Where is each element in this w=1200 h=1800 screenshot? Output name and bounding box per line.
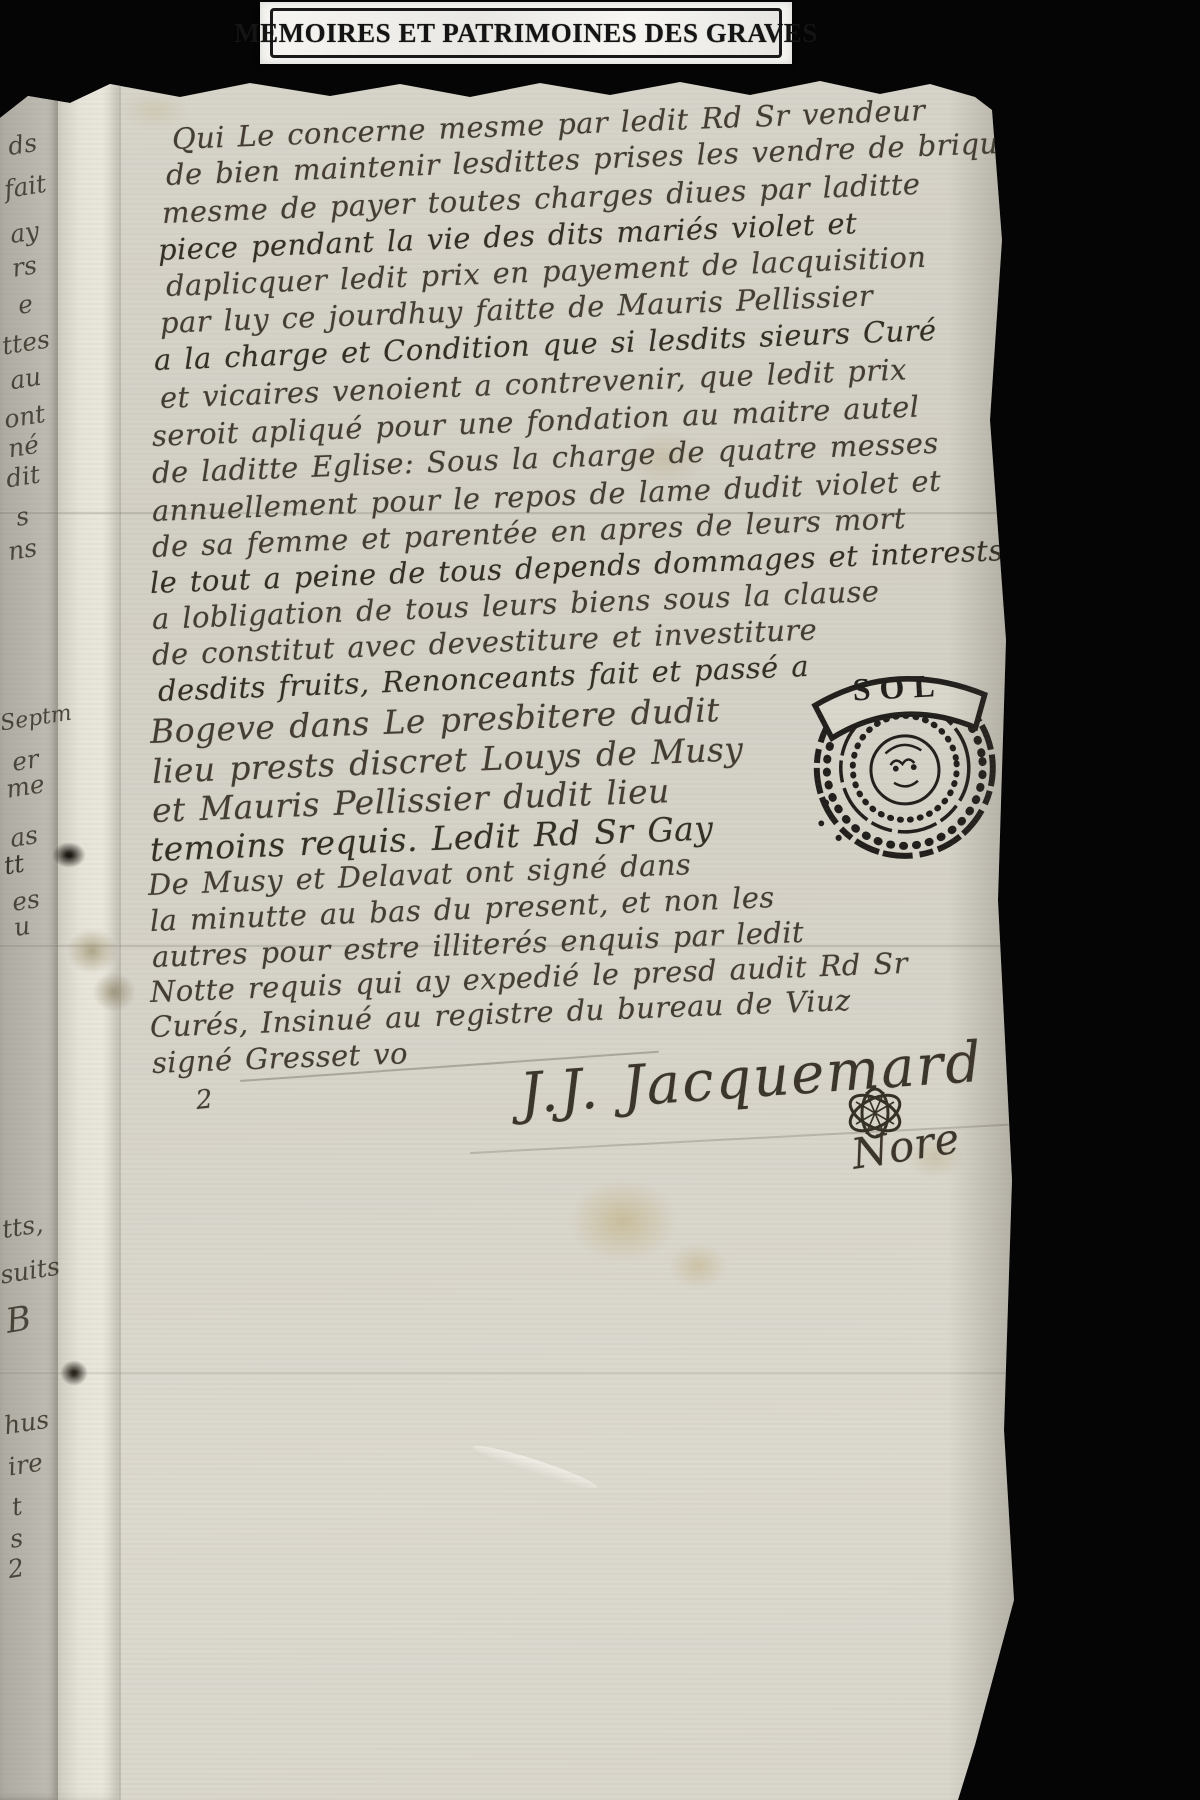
manuscript-line: par luy ce jourdhuy faitte de Mauris Pel… — [159, 279, 873, 340]
left-page-fragment: u — [12, 911, 32, 942]
fold-crease — [0, 511, 1030, 515]
marginal-mark: 2 — [194, 1084, 214, 1116]
manuscript-line: Bogeve dans Le presbitere dudit — [149, 690, 720, 751]
left-page-fragment: ttes — [0, 324, 52, 360]
left-page-fragment: B — [3, 1298, 34, 1341]
left-page-fragment: Septm — [0, 701, 73, 737]
manuscript-line: autres pour estre illiterés enquis par l… — [151, 915, 804, 974]
left-page-fragment: e — [16, 289, 35, 320]
left-page-fragment: me — [4, 769, 47, 804]
manuscript-line: Notte requis qui ay expedié le presd aud… — [149, 946, 908, 1009]
left-page-fragment: dit — [4, 460, 42, 494]
left-page-fragment: s — [14, 501, 31, 532]
left-page-fragment: suits — [0, 1252, 62, 1290]
left-page-fragment: ay — [8, 216, 41, 249]
manuscript-line: De Musy et Delavat ont signé dans — [147, 847, 691, 902]
stain — [568, 1178, 678, 1264]
manuscript-line: de laditte Eglise: Sous la charge de qua… — [151, 426, 939, 490]
manuscript-line: Qui Le concerne mesme par ledit Rd Sr ve… — [171, 93, 926, 156]
left-page-fragment: fait — [2, 169, 48, 204]
left-page-fragment: né — [6, 430, 41, 463]
fold-crease — [0, 944, 1030, 948]
manuscript-line: a lobligation de tous leurs biens sous l… — [151, 574, 880, 636]
manuscript-line: signé Gresset vo — [151, 1036, 408, 1080]
sol-fiscal-seal-icon: SOL — [783, 637, 1024, 881]
notary-knot-icon — [838, 1080, 912, 1146]
left-page-fragment: es — [10, 884, 42, 917]
manuscript-line: et Mauris Pellissier dudit lieu — [151, 771, 670, 830]
pencil-stroke — [240, 1051, 659, 1082]
left-page-fragment: ns — [6, 533, 39, 566]
manuscript-line: Curés, Insinué au registre du bureau de … — [149, 983, 851, 1044]
left-page-fragment: tts, — [0, 1209, 45, 1244]
archive-label-text: MEMOIRES ET PATRIMOINES DES GRAVES — [234, 18, 818, 49]
manuscript-line: lieu prests discret Louys de Musy — [151, 729, 744, 791]
stain — [620, 430, 710, 486]
manuscript-line: de constitut avec devestiture et investi… — [151, 612, 817, 672]
manuscript-line: le tout a peine de tous depends dommages… — [149, 533, 1004, 600]
manuscript-line: et vicaires venoient a contrevenir, que … — [159, 352, 907, 415]
left-page-fragment: ire — [6, 1447, 45, 1481]
left-page-fragment: t — [10, 1491, 24, 1521]
notary-signature: J.J. Jacquemard — [518, 1030, 985, 1127]
manuscript-line: mesme de payer toutes charges diues par … — [161, 167, 921, 230]
manuscript-line: daplicquer ledit prix en payement de lac… — [165, 240, 927, 303]
manuscript-line: la minutte au bas du present, et non les — [149, 880, 775, 938]
stain — [66, 928, 118, 974]
stain — [905, 1135, 965, 1179]
page-edge-shadow — [0, 0, 1030, 1800]
fold-cross-mark — [60, 1360, 88, 1386]
manuscript-line: a la charge et Condition que si lesdits … — [153, 313, 937, 377]
archive-label-frame: MEMOIRES ET PATRIMOINES DES GRAVES — [270, 8, 782, 58]
manuscript-line: annuellement pour le repos de lame dudit… — [151, 464, 941, 528]
fold-crease — [0, 1371, 1030, 1375]
left-page-fragment: er — [10, 744, 41, 777]
photograph-background: ds fait ay rs e ttes au ont né dit s ns … — [0, 0, 1200, 1800]
facing-page-edge — [0, 70, 58, 1800]
manuscript-line: de sa femme et parentée en apres de leur… — [151, 501, 906, 564]
left-page-fragment: ont — [2, 399, 47, 434]
manuscript-line: temoins requis. Ledit Rd Sr Gay — [149, 808, 714, 869]
stain — [668, 1242, 728, 1290]
page-gutter-fold — [58, 70, 120, 1800]
left-page-fragment: as — [8, 820, 40, 853]
manuscript-line: seroit apliqué pour une fondation au mai… — [151, 390, 920, 453]
manuscript-line: de bien maintenir lesdittes prises les v… — [165, 124, 1044, 192]
notary-title: Nore — [848, 1113, 963, 1178]
archive-label-plaque: MEMOIRES ET PATRIMOINES DES GRAVES — [260, 2, 792, 64]
left-page-fragment: s — [8, 1523, 25, 1554]
left-page-fragment: hus — [2, 1405, 51, 1441]
left-page-fragment: rs — [10, 250, 39, 283]
left-page-fragment: ds — [6, 128, 39, 161]
paper-fiber-scratch — [471, 1440, 599, 1493]
manuscript-line: piece pendant la vie des dits mariés vio… — [157, 206, 857, 267]
manuscript-line: desdits fruits, Renonceants fait et pass… — [157, 649, 809, 708]
left-page-fragment: 2 — [6, 1553, 26, 1584]
stamp-banner-text: SOL — [852, 667, 945, 708]
stain — [120, 90, 190, 130]
stain — [92, 972, 136, 1012]
fold-crease — [118, 70, 121, 1800]
pencil-stroke — [470, 1124, 1009, 1154]
ink-soak-mark — [52, 842, 86, 868]
manuscript-page: ds fait ay rs e ttes au ont né dit s ns … — [0, 0, 1030, 1800]
left-page-fragment: tt — [2, 849, 26, 881]
left-page-fragment: au — [8, 362, 43, 395]
